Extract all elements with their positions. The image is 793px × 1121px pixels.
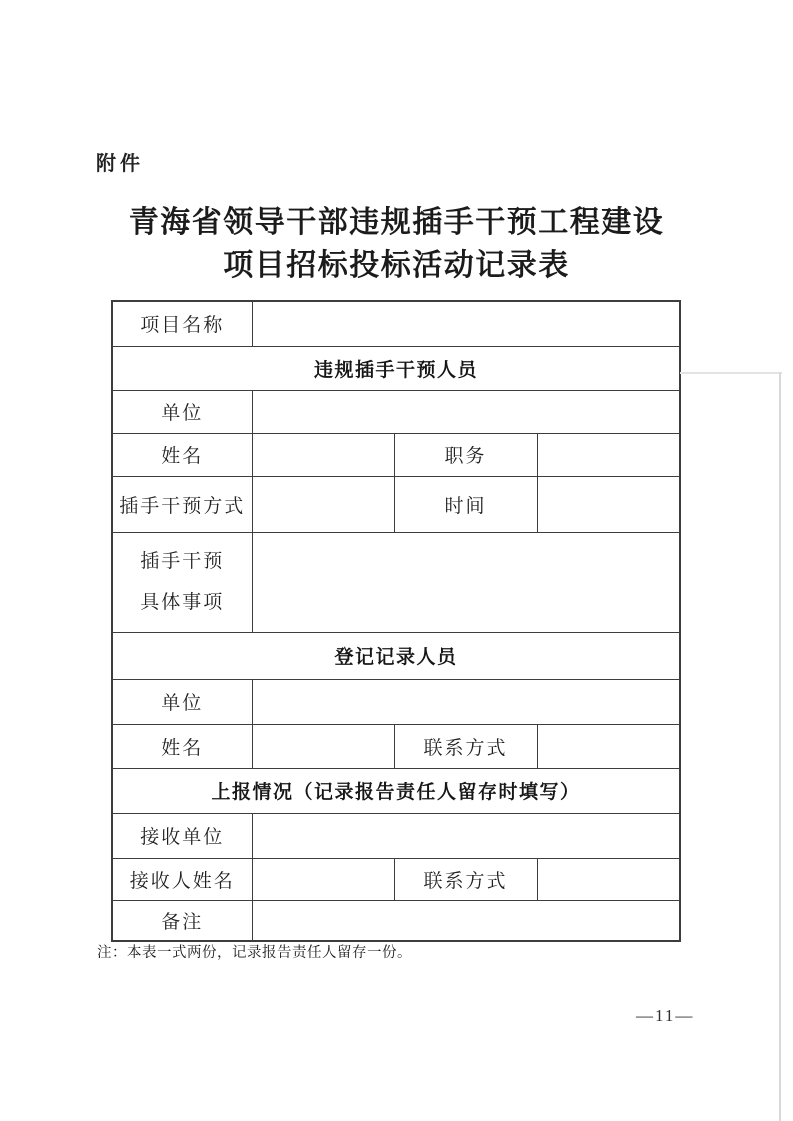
field-value <box>252 433 394 476</box>
row-receiver-name-contact: 接收人姓名 联系方式 <box>112 858 680 900</box>
field-label: 插手干预方式 <box>112 476 252 532</box>
attachment-label: 附件 <box>96 147 144 176</box>
field-label: 姓名 <box>112 724 252 768</box>
field-value <box>252 724 394 768</box>
field-label-line-2: 具体事项 <box>113 591 252 615</box>
row-project-name: 项目名称 <box>112 301 680 346</box>
scan-artifact-horizontal-line <box>680 372 782 374</box>
field-value <box>252 532 680 632</box>
field-value <box>252 679 680 724</box>
field-label: 接收人姓名 <box>112 858 252 900</box>
row-receiving-unit: 接收单位 <box>112 813 680 858</box>
field-value-secondary <box>537 858 680 900</box>
row-recorder-unit: 单位 <box>112 679 680 724</box>
field-label-secondary: 职务 <box>394 433 537 476</box>
field-value-secondary <box>537 433 680 476</box>
footnote: 注：本表一式两份，记录报告责任人留存一份。 <box>97 941 412 962</box>
field-label: 姓名 <box>112 433 252 476</box>
title-line-1: 青海省领导干部违规插手干预工程建设 <box>0 201 793 244</box>
field-label-line-1: 插手干预 <box>113 550 252 574</box>
field-label-secondary: 时间 <box>394 476 537 532</box>
row-section-header-recorder: 登记记录人员 <box>112 632 680 679</box>
row-section-header-interferer: 违规插手干预人员 <box>112 346 680 390</box>
field-label: 接收单位 <box>112 813 252 858</box>
field-label: 单位 <box>112 679 252 724</box>
field-value <box>252 476 394 532</box>
document-page: 附件 青海省领导干部违规插手干预工程建设 项目招标投标活动记录表 项目名称 违规… <box>0 0 793 1121</box>
field-label: 备注 <box>112 900 252 941</box>
field-value <box>252 301 680 346</box>
section-header: 违规插手干预人员 <box>112 346 680 390</box>
field-value-secondary <box>537 476 680 532</box>
field-value-secondary <box>537 724 680 768</box>
row-interference-details: 插手干预 具体事项 <box>112 532 680 632</box>
page-number: —11— <box>636 1006 694 1026</box>
document-title: 青海省领导干部违规插手干预工程建设 项目招标投标活动记录表 <box>0 201 793 287</box>
field-value <box>252 900 680 941</box>
row-interference-method-time: 插手干预方式 时间 <box>112 476 680 532</box>
record-form-table: 项目名称 违规插手干预人员 单位 姓名 职务 插手干预方式 时间 <box>111 300 681 942</box>
scan-artifact-vertical-line <box>779 372 781 1121</box>
field-value <box>252 813 680 858</box>
field-label: 项目名称 <box>112 301 252 346</box>
section-header: 登记记录人员 <box>112 632 680 679</box>
row-remarks: 备注 <box>112 900 680 941</box>
row-section-header-report: 上报情况（记录报告责任人留存时填写） <box>112 768 680 813</box>
row-interferer-unit: 单位 <box>112 390 680 433</box>
field-value <box>252 858 394 900</box>
field-value <box>252 390 680 433</box>
field-label-secondary: 联系方式 <box>394 724 537 768</box>
section-header: 上报情况（记录报告责任人留存时填写） <box>112 768 680 813</box>
field-label-secondary: 联系方式 <box>394 858 537 900</box>
row-interferer-name-position: 姓名 职务 <box>112 433 680 476</box>
row-recorder-name-contact: 姓名 联系方式 <box>112 724 680 768</box>
field-label: 单位 <box>112 390 252 433</box>
title-line-2: 项目招标投标活动记录表 <box>0 244 793 287</box>
field-label: 插手干预 具体事项 <box>112 532 252 632</box>
